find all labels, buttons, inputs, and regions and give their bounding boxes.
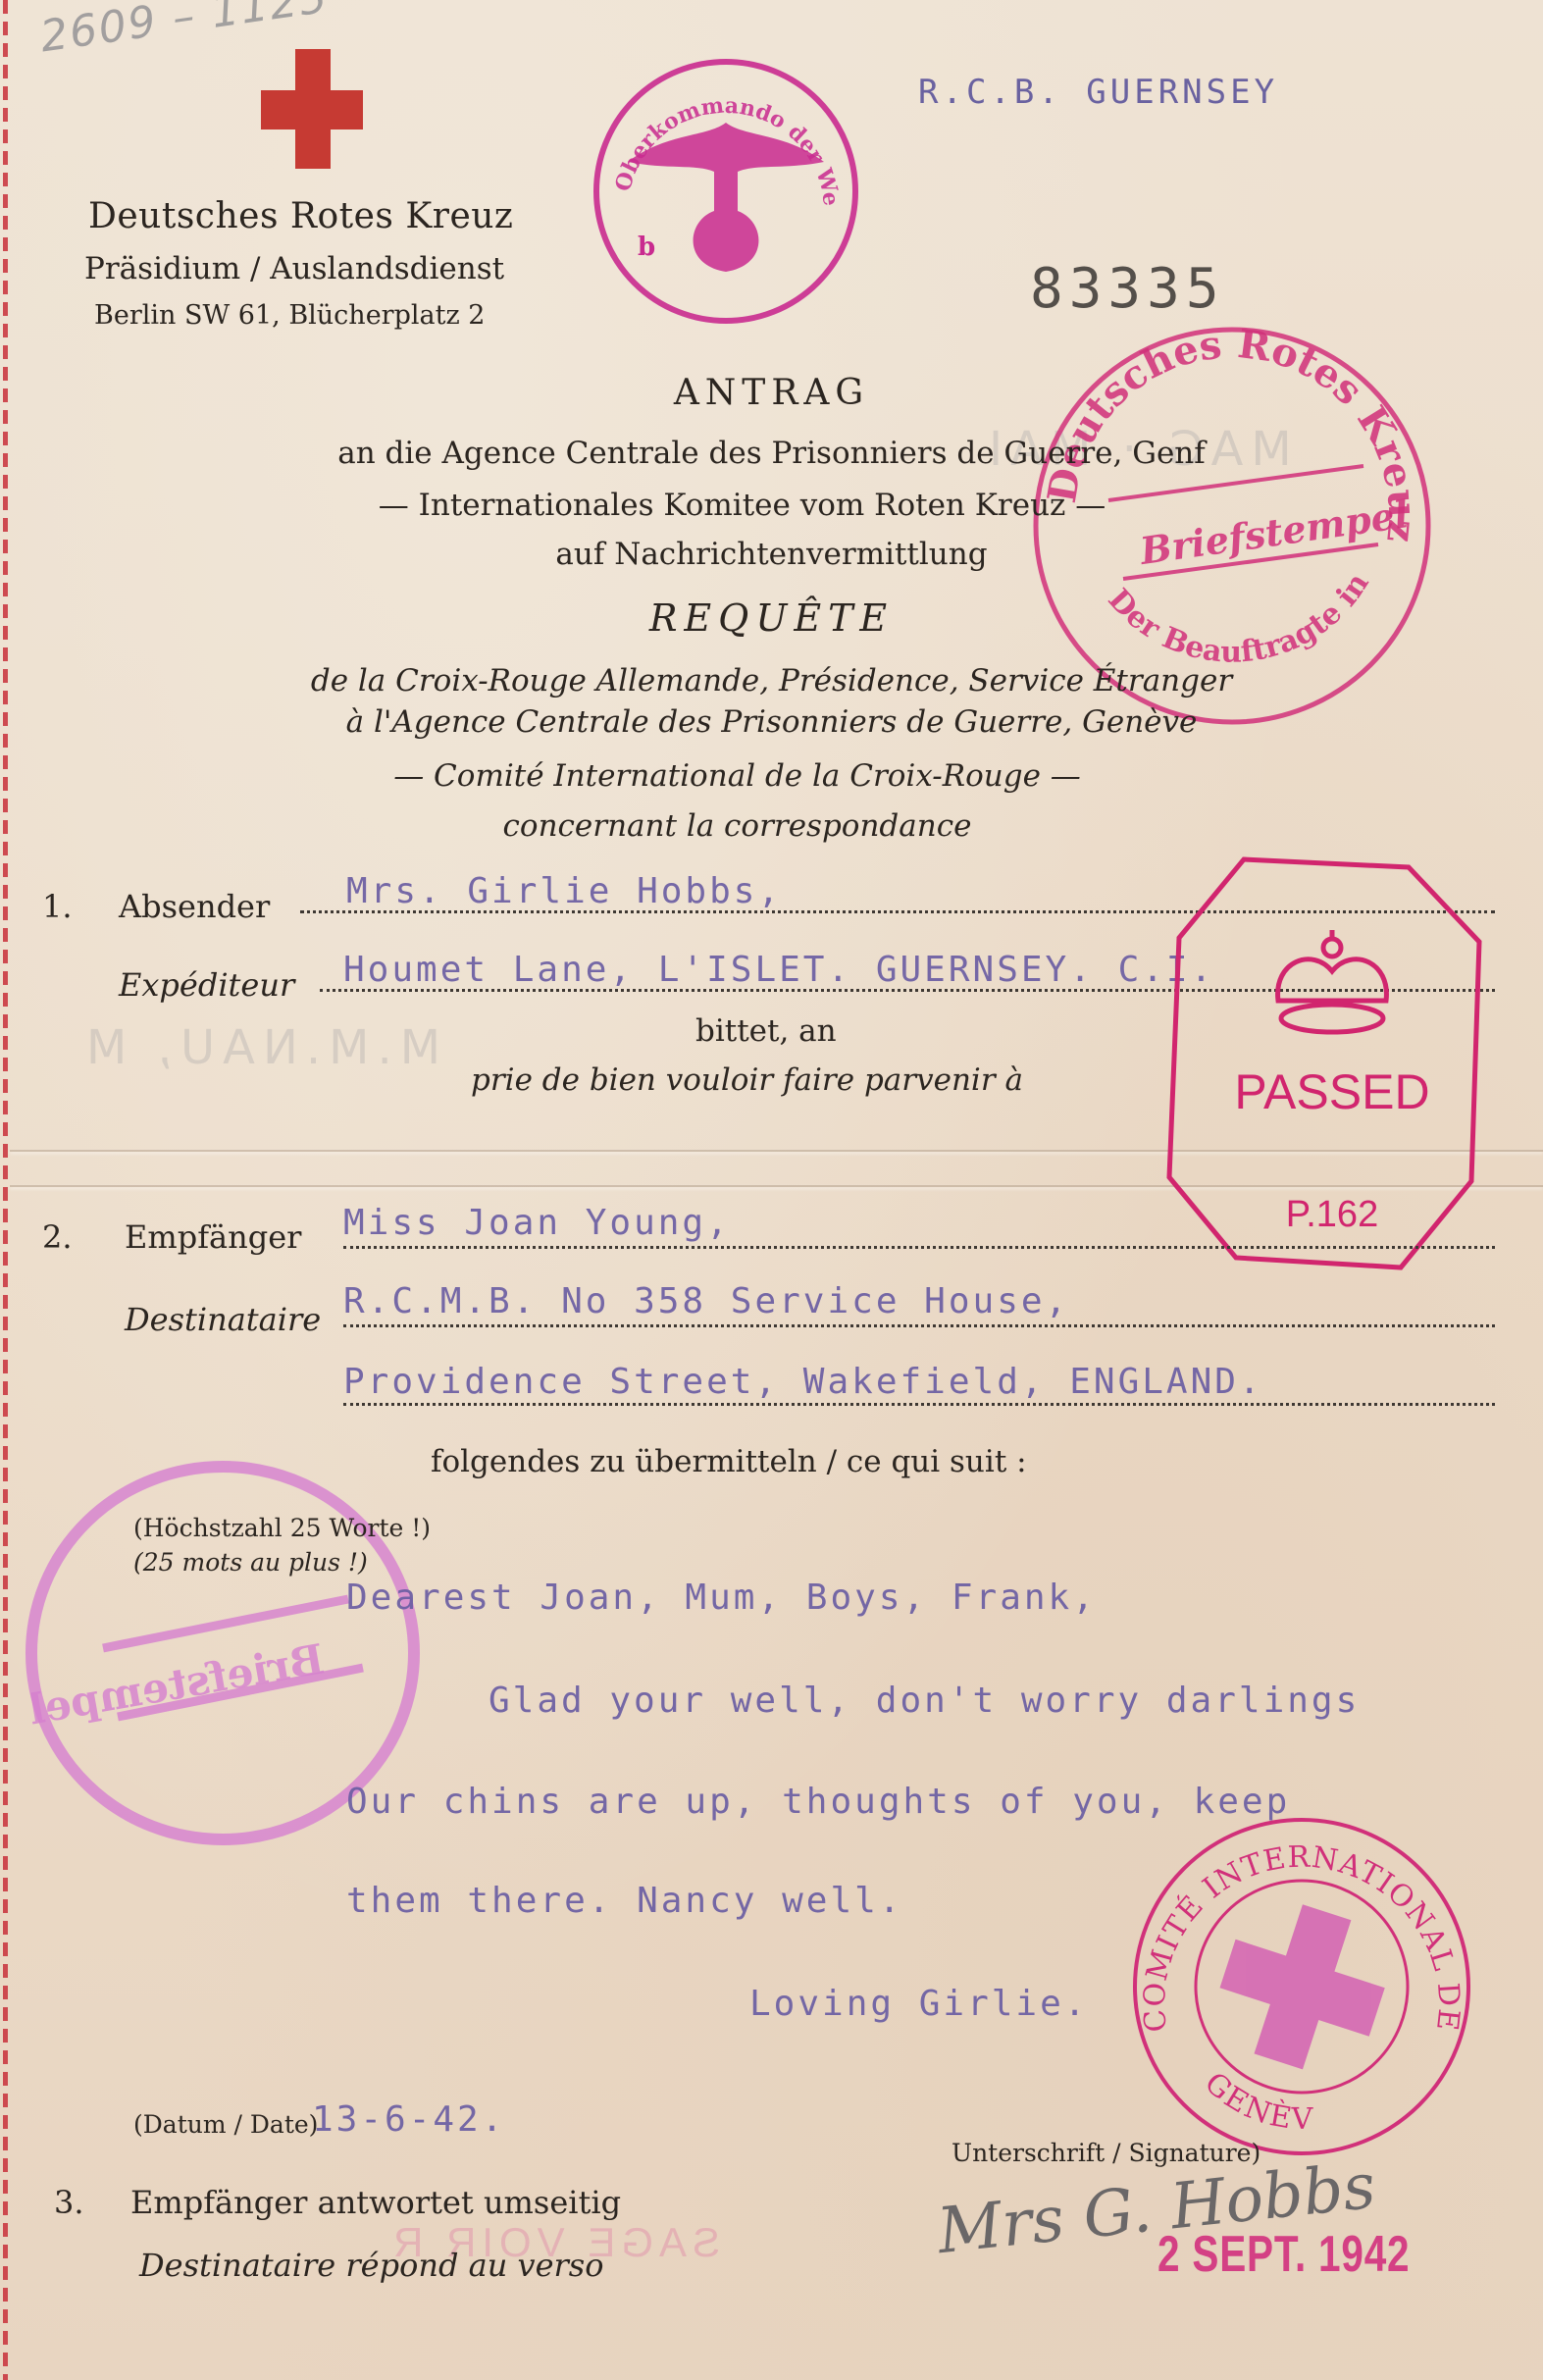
intro-fr-line: concernant la correspondance: [0, 808, 1509, 844]
request-fr: prie de bien vouloir faire parvenir à: [471, 1062, 1023, 1098]
recipient-address-1: R.C.M.B. No 358 Service House,: [343, 1281, 1069, 1321]
form-title-fr: REQUÊTE: [0, 596, 1543, 640]
message-line: Dearest Joan, Mum, Boys, Frank,: [346, 1578, 1097, 1618]
intro-fr-line: — Comité International de la Croix-Rouge…: [0, 758, 1509, 794]
typed-origin: R.C.B. GUERNSEY: [918, 73, 1278, 112]
section-2-number: 2.: [42, 1218, 73, 1256]
pencil-note: 2609 – 1125: [37, 0, 332, 62]
reply-note-de: Empfänger antwortet umseitig: [130, 2184, 621, 2221]
svg-text:PASSED: PASSED: [1234, 1064, 1429, 1119]
recipient-address-line: [343, 1324, 1495, 1327]
word-limit-de: (Höchstzahl 25 Worte !): [133, 1514, 431, 1542]
sender-name: Mrs. Girlie Hobbs,: [346, 871, 782, 911]
section-3-number: 3.: [54, 2184, 84, 2221]
intro-fr-line: de la Croix-Rouge Allemande, Présidence,…: [0, 663, 1543, 698]
form-title-de: ANTRAG: [0, 373, 1543, 413]
recipient-name: Miss Joan Young,: [343, 1203, 731, 1243]
intro-de-line: auf Nachrichtenvermittlung: [0, 537, 1543, 572]
request-de: bittet, an: [695, 1013, 837, 1049]
sender-label-de: Absender: [119, 888, 270, 925]
recipient-address-2: Providence Street, Wakefield, ENGLAND.: [343, 1362, 1263, 1402]
recipient-label-de: Empfänger: [125, 1218, 301, 1256]
perforation-edge: [3, 0, 8, 2380]
message-line: Glad your well, don't worry darlings: [489, 1681, 1360, 1721]
intro-fr-line: à l'Agence Centrale des Prisonniers de G…: [0, 704, 1543, 740]
org-name: Deutsches Rotes Kreuz: [88, 196, 513, 236]
intro-de-line: an die Agence Centrale des Prisonniers d…: [0, 436, 1543, 471]
word-limit-fr: (25 mots au plus !): [133, 1548, 368, 1577]
signature-label: Unterschrift / Signature): [952, 2139, 1260, 2167]
org-department: Präsidium / Auslandsdienst: [84, 251, 504, 286]
eagle-censor-stamp-icon: Oberkommando der Wehrmacht b: [589, 54, 863, 329]
section-1-number: 1.: [42, 888, 73, 925]
recipient-name-line: [343, 1246, 1495, 1249]
serial-number: 83335: [1030, 257, 1225, 321]
sender-address: Houmet Lane, L'ISLET. GUERNSEY. C.I.: [343, 950, 1214, 990]
received-date-stamp: 2 SEPT. 1942: [1157, 2225, 1410, 2284]
sender-label-fr: Expéditeur: [119, 966, 294, 1004]
org-address: Berlin SW 61, Blücherplatz 2: [94, 300, 485, 331]
recipient-address-line: [343, 1403, 1495, 1406]
svg-text:b: b: [638, 233, 655, 262]
intro-de-line: — Internationales Komitee vom Roten Kreu…: [0, 488, 1514, 523]
icrc-geneva-stamp-icon: COMITÉ INTERNATIONAL DE LA CROIX-ROUGE G…: [1130, 1815, 1473, 2158]
date-value: 13-6-42.: [312, 2099, 505, 2140]
svg-text:Briefstempel: Briefstempel: [26, 1634, 329, 1733]
date-label: (Datum / Date): [133, 2110, 318, 2139]
red-cross-message-form: MAG · MAI M.M.NAU, M 2609 – 1125 Deutsch…: [0, 0, 1543, 2380]
passed-censor-stamp-icon: PASSED P.162: [1165, 854, 1499, 1273]
bleed-through-text: M.M.NAU, M: [78, 1020, 440, 1075]
transmit-label: folgendes zu übermitteln / ce qui suit :: [431, 1444, 1027, 1479]
message-closing: Loving Girlie.: [749, 1984, 1088, 2024]
message-line: them there. Nancy well.: [346, 1881, 903, 1921]
reply-note-fr: Destinataire répond au verso: [139, 2247, 603, 2284]
recipient-label-fr: Destinataire: [125, 1301, 321, 1338]
svg-text:P.162: P.162: [1286, 1194, 1378, 1235]
